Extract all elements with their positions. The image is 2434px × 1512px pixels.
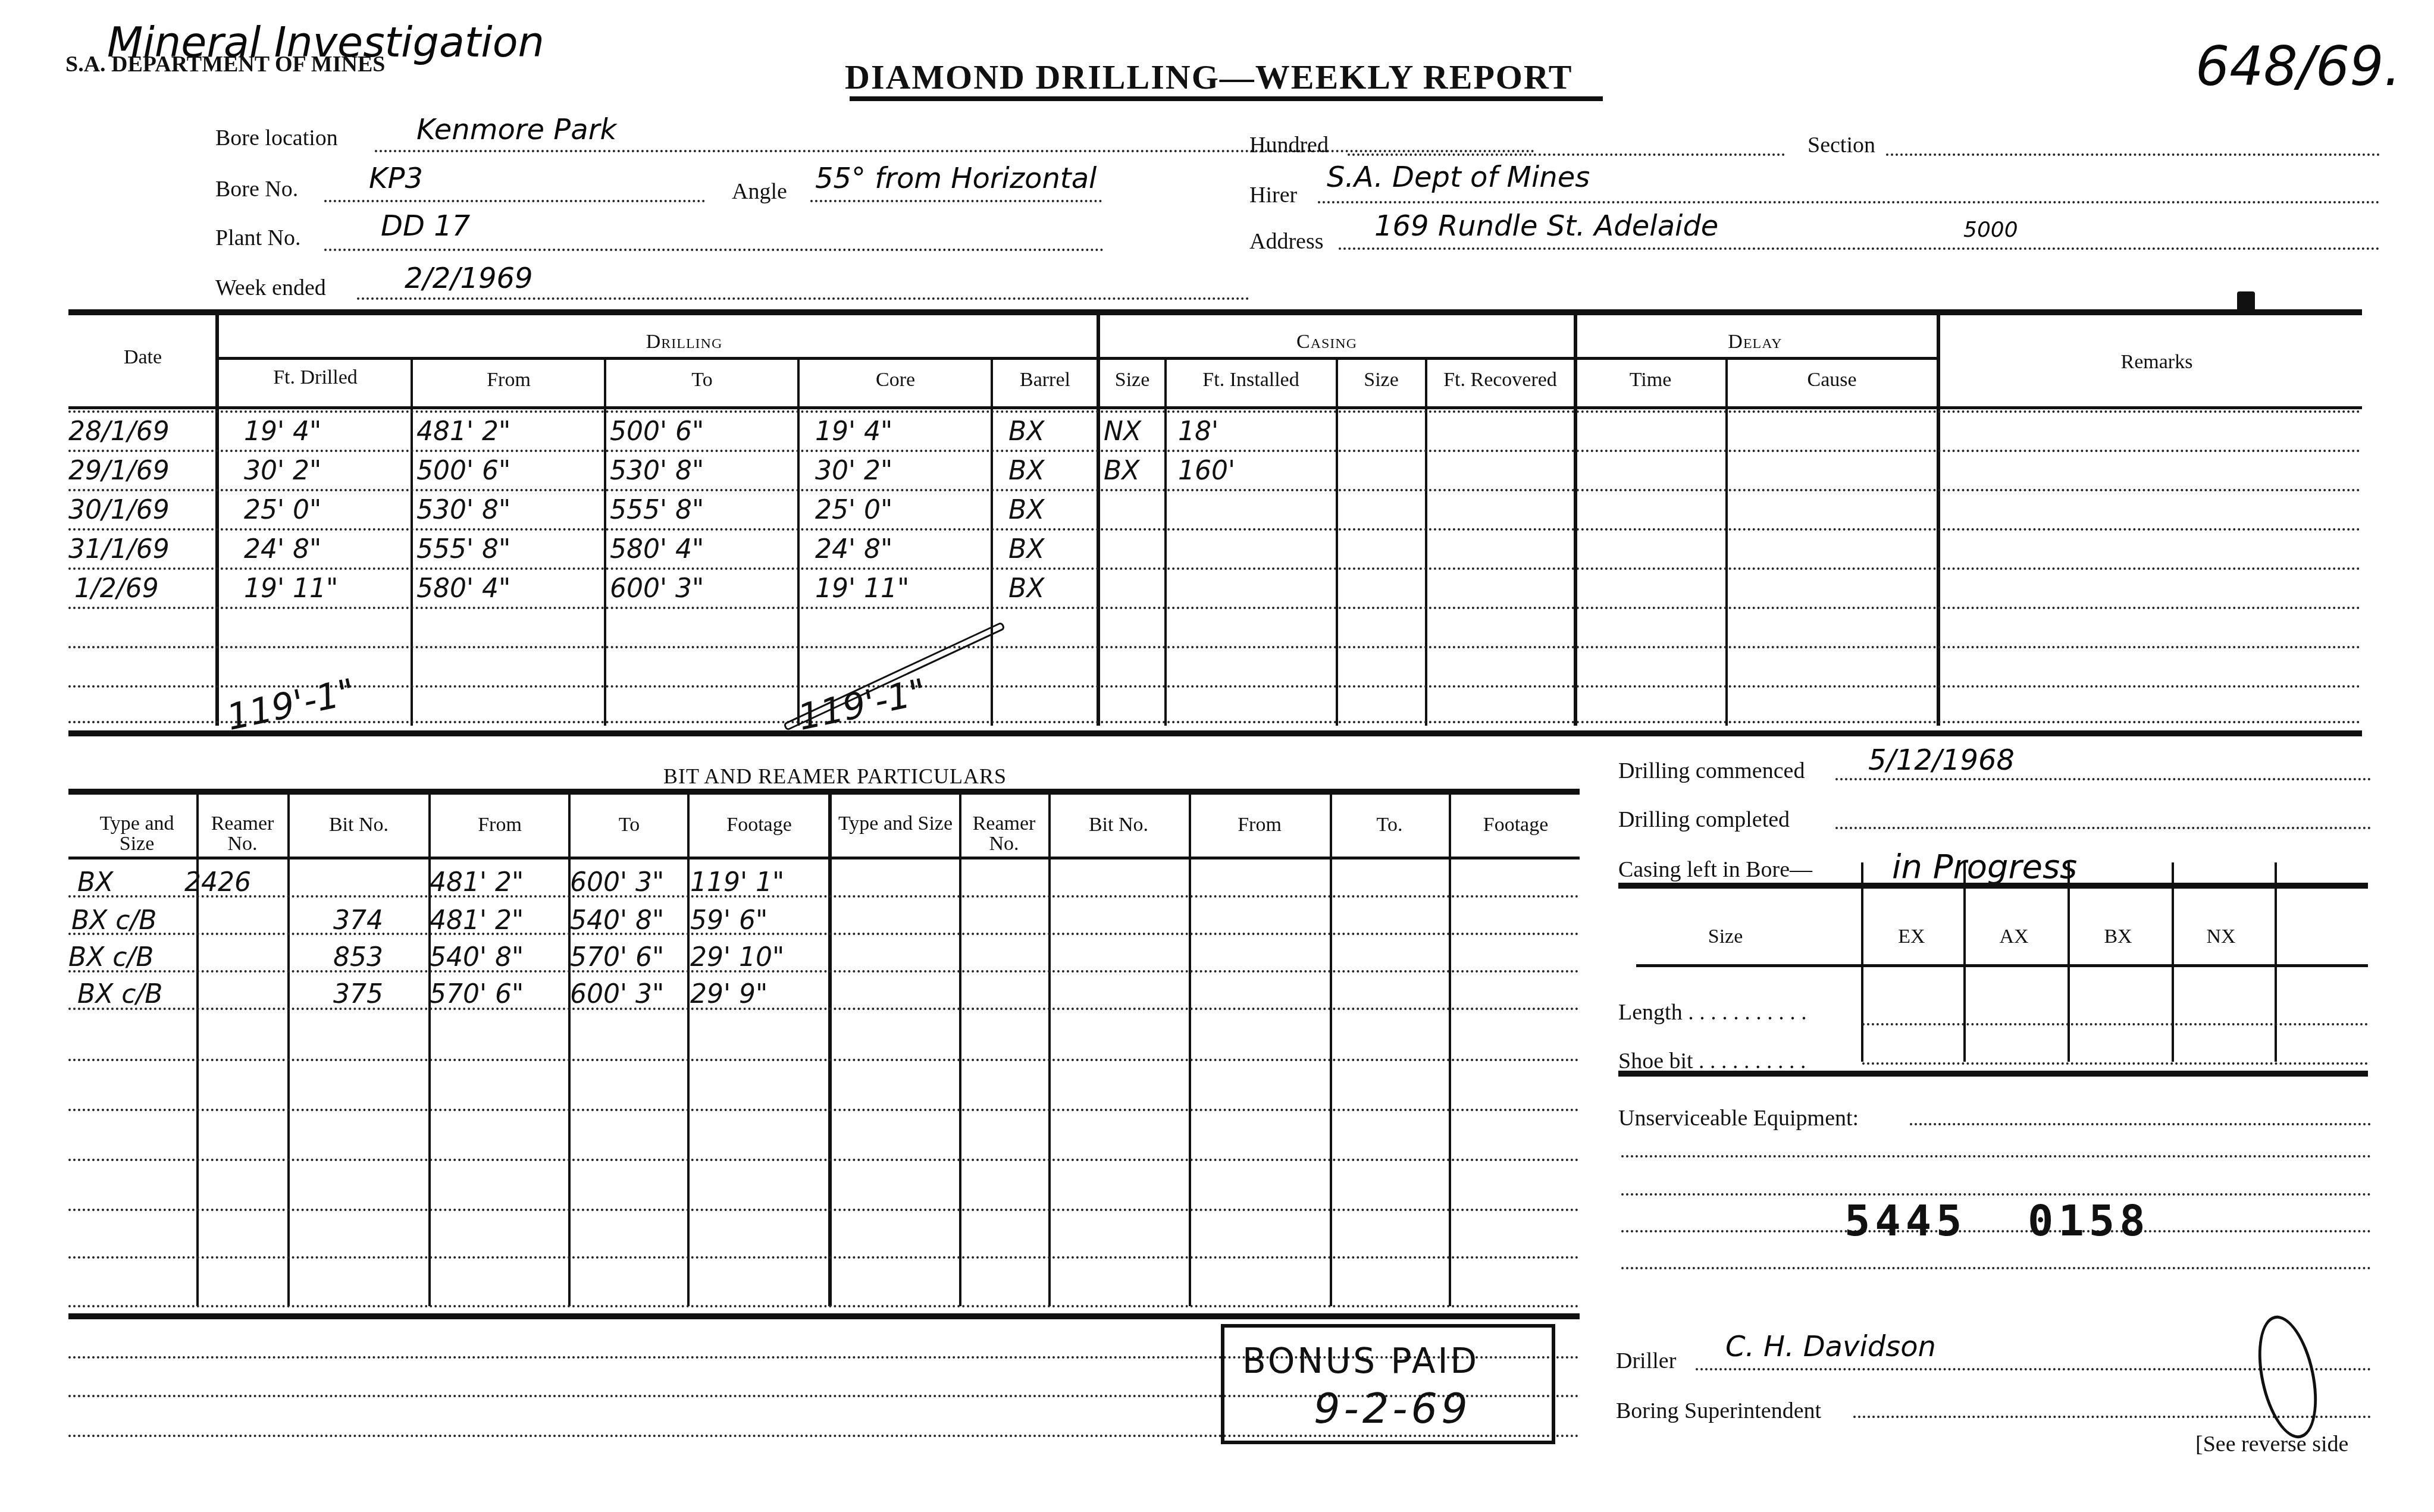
driller-label: Driller: [1616, 1348, 1676, 1374]
length-label: Length . . . . . . . . . . .: [1618, 999, 1807, 1025]
drilling-completed-label: Drilling completed: [1618, 807, 1790, 833]
bit-reamer-top-border: [68, 789, 1580, 795]
to-cell[interactable]: 540' 8": [570, 905, 664, 936]
casing-size-ax: AX: [1963, 926, 2065, 948]
shoe-bit-row[interactable]: [1862, 1062, 2368, 1065]
ft-drilled-header: Ft. Drilled: [220, 366, 411, 389]
bit-no-cell[interactable]: 853: [333, 942, 383, 973]
bit-no-cell[interactable]: 375: [333, 979, 383, 1009]
barrel-cell[interactable]: BX: [1008, 495, 1044, 525]
ft-drilled-total: 119'-1": [223, 671, 359, 739]
drilling-commenced-field[interactable]: 5/12/1968: [1868, 744, 2015, 777]
date-cell[interactable]: 30/1/69: [68, 495, 170, 525]
row-line: [68, 933, 1580, 935]
unserviceable-line[interactable]: [1621, 1267, 2371, 1269]
row-line: [68, 1008, 1580, 1010]
unserviceable-line[interactable]: [1621, 1155, 2371, 1157]
plant-no-label: Plant No.: [215, 225, 301, 251]
bonus-paid-text: BONUS PAID: [1242, 1341, 1479, 1381]
from-cell[interactable]: 530' 8": [416, 495, 510, 525]
barrel-cell[interactable]: BX: [1008, 456, 1044, 486]
casing-size-header: Size: [1618, 926, 1832, 948]
row-line: [68, 450, 2362, 452]
divider: [959, 795, 961, 1306]
ft-installed-cell[interactable]: 160': [1178, 456, 1235, 486]
row-line: [68, 1209, 1580, 1211]
to-cell[interactable]: 555' 8": [610, 495, 704, 525]
unserviceable-equipment-label: Unserviceable Equipment:: [1618, 1105, 1859, 1131]
divider: [2172, 862, 2174, 1062]
casing-size-cell[interactable]: BX: [1104, 456, 1139, 486]
divider: [1963, 862, 1966, 1062]
from-header-2: From: [1191, 814, 1328, 836]
type-size-header-2: Type and Size: [833, 814, 958, 834]
date-cell[interactable]: 29/1/69: [68, 456, 170, 486]
casing-size-bx: BX: [2068, 926, 2169, 948]
type-size-cell[interactable]: BX: [77, 867, 113, 898]
unserviceable-line[interactable]: [1910, 1123, 2371, 1125]
row-line: [68, 489, 2362, 491]
ft-drilled-cell[interactable]: 25' 0": [244, 495, 321, 525]
row-line: [68, 528, 2362, 531]
see-reverse-note: [See reverse side: [2195, 1431, 2348, 1457]
bore-no-field[interactable]: KP3: [369, 162, 423, 195]
row-line: [68, 685, 2362, 688]
stamp-number: 5445 0158: [1844, 1196, 2150, 1246]
divider: [2068, 862, 2070, 1062]
core-cell[interactable]: 30' 2": [815, 456, 892, 486]
bore-no-line: [324, 200, 705, 202]
week-ended-field[interactable]: 2/2/1969: [405, 262, 533, 295]
header-rule: [68, 857, 1580, 859]
casing-table-bottom: [1618, 1071, 2368, 1077]
delay-group-header: Delay: [1666, 331, 1844, 353]
date-cell[interactable]: 1/2/69: [74, 573, 159, 604]
angle-line: [810, 200, 1102, 202]
divider: [1189, 795, 1191, 1306]
bore-location-line: [375, 150, 1535, 152]
to-header-2: To.: [1332, 814, 1448, 836]
file-number: 648/69.: [2195, 36, 2401, 98]
address-line: [1339, 247, 2380, 250]
bit-no-cell[interactable]: 374: [333, 905, 383, 936]
superintendent-signature-icon: [2248, 1310, 2327, 1444]
row-line: [68, 1256, 1580, 1259]
core-header: Core: [800, 369, 991, 391]
plant-no-line: [324, 249, 1104, 251]
drilling-commenced-line: [1835, 778, 2371, 780]
hirer-field[interactable]: S.A. Dept of Mines: [1327, 161, 1590, 194]
from-header: From: [431, 814, 568, 836]
date-cell[interactable]: 31/1/69: [68, 534, 170, 564]
bonus-paid-stamp: BONUS PAID 9-2-69: [1221, 1324, 1555, 1444]
to-cell[interactable]: 600' 3": [570, 979, 664, 1009]
footage-header: Footage: [690, 814, 828, 836]
row-line: [68, 607, 2362, 609]
bit-reamer-title: BIT AND REAMER PARTICULARS: [663, 764, 1007, 789]
header-rule: [68, 406, 2362, 409]
to-cell[interactable]: 600' 3": [610, 573, 704, 604]
casing-size-cell[interactable]: NX: [1104, 416, 1141, 447]
divider: [2275, 862, 2277, 1062]
type-size-header: Type and Size: [83, 814, 190, 854]
bore-no-label: Bore No.: [215, 176, 298, 202]
core-cell[interactable]: 24' 8": [815, 534, 892, 564]
row-line: [68, 895, 1580, 898]
from-cell[interactable]: 570' 6": [430, 979, 524, 1009]
to-header: To: [571, 814, 687, 836]
hirer-label: Hirer: [1249, 182, 1297, 208]
department-name: S.A. DEPARTMENT OF MINES: [65, 51, 385, 77]
drilling-completed-line[interactable]: [1835, 827, 2371, 829]
footage-cell[interactable]: 59' 6": [690, 905, 768, 936]
barrel-cell[interactable]: BX: [1008, 416, 1044, 447]
divider: [1330, 795, 1332, 1306]
barrel-cell[interactable]: BX: [1008, 573, 1044, 604]
bonus-paid-date: 9-2-69: [1314, 1384, 1471, 1433]
drilling-group-header: Drilling: [595, 331, 773, 353]
remarks-header: Remarks: [2023, 351, 2291, 374]
drilling-table-top-border: [68, 309, 2362, 315]
casing-size-nx: NX: [2170, 926, 2272, 948]
row-line: [68, 1159, 1580, 1161]
divider: [1937, 315, 1940, 726]
ft-drilled-cell[interactable]: 19' 4": [244, 416, 321, 447]
section-line[interactable]: [1886, 153, 2380, 156]
bit-no-header: Bit No.: [290, 814, 427, 836]
driller-signature[interactable]: C. H. Davidson: [1725, 1330, 1936, 1363]
footage-cell[interactable]: 29' 10": [690, 942, 784, 973]
ft-drilled-cell[interactable]: 24' 8": [244, 534, 321, 564]
angle-label: Angle: [732, 178, 787, 205]
type-size-cell[interactable]: BX c/B: [77, 979, 163, 1009]
footage-cell[interactable]: 29' 9": [690, 979, 768, 1009]
bit-no-header-2: Bit No.: [1050, 814, 1187, 836]
row-line: [68, 1109, 1580, 1111]
divider: [1449, 795, 1451, 1306]
address-field[interactable]: 169 Rundle St. Adelaide: [1374, 209, 1718, 243]
divider: [1048, 795, 1051, 1306]
casing-size-header: Size: [1099, 369, 1165, 391]
address-postcode: 5000: [1963, 218, 2018, 242]
plant-no-field[interactable]: DD 17: [381, 209, 470, 243]
drilling-commenced-label: Drilling commenced: [1618, 758, 1805, 784]
casing-left-label: Casing left in Bore—: [1618, 857, 1812, 883]
week-ended-line: [357, 297, 1249, 300]
bore-location-field[interactable]: Kenmore Park: [416, 113, 616, 146]
row-line: [68, 970, 1580, 973]
drilling-table-bottom-border: [68, 730, 2362, 736]
address-label: Address: [1249, 228, 1324, 255]
from-cell[interactable]: 481' 2": [430, 867, 524, 898]
to-cell[interactable]: 600' 3": [570, 867, 664, 898]
rule: [217, 357, 1097, 360]
date-cell[interactable]: 28/1/69: [68, 416, 170, 447]
boring-superintendent-label: Boring Superintendent: [1616, 1398, 1821, 1424]
type-size-cell[interactable]: BX c/B: [68, 942, 154, 973]
footage-cell[interactable]: 119' 1": [690, 867, 784, 898]
from-cell[interactable]: 500' 6": [416, 456, 510, 486]
ft-drilled-cell[interactable]: 19' 11": [244, 573, 338, 604]
row-line: [68, 410, 2362, 413]
header-rule: [1636, 964, 2368, 967]
reamer-no-header-2: Reamer No.: [961, 814, 1047, 854]
hundred-line[interactable]: [1348, 153, 1785, 156]
angle-field[interactable]: 55° from Horizontal: [815, 162, 1097, 195]
core-cell[interactable]: 25' 0": [815, 495, 892, 525]
type-size-cell[interactable]: BX c/B: [71, 905, 157, 936]
to-cell[interactable]: 530' 8": [610, 456, 704, 486]
cause-header: Cause: [1727, 369, 1937, 391]
time-header: Time: [1575, 369, 1725, 391]
hirer-line: [1318, 201, 2380, 203]
ft-drilled-cell[interactable]: 30' 2": [244, 456, 321, 486]
row-line: [68, 721, 2362, 723]
from-cell[interactable]: 540' 8": [430, 942, 524, 973]
to-header: To: [607, 369, 797, 391]
footage-header-2: Footage: [1452, 814, 1580, 836]
from-cell[interactable]: 481' 2": [430, 905, 524, 936]
row-line: [68, 1059, 1580, 1061]
page-title: DIAMOND DRILLING—WEEKLY REPORT: [845, 57, 1572, 97]
ft-recovered-header: Ft. Recovered: [1427, 369, 1574, 391]
row-line: [68, 567, 2362, 570]
ft-installed-header: Ft. Installed: [1166, 369, 1336, 391]
title-underline: [850, 96, 1603, 101]
from-header: From: [414, 369, 604, 391]
ft-installed-cell[interactable]: 18': [1178, 416, 1218, 447]
divider: [287, 795, 290, 1306]
divider: [215, 315, 219, 726]
section-label: Section: [1808, 132, 1875, 158]
hundred-label: Hundred: [1249, 132, 1329, 158]
reamer-no-cell[interactable]: 2426: [184, 867, 251, 898]
from-cell[interactable]: 481' 2": [416, 416, 510, 447]
row-line: [68, 646, 2362, 648]
barrel-header: Barrel: [994, 369, 1097, 391]
from-cell[interactable]: 555' 8": [416, 534, 510, 564]
rule: [1575, 357, 1937, 360]
divider: [687, 795, 690, 1306]
date-header: Date: [83, 346, 202, 369]
core-total: 119'-1": [794, 671, 930, 739]
to-cell[interactable]: 580' 4": [610, 534, 704, 564]
recovered-size-header: Size: [1337, 369, 1425, 391]
casing-table-top: [1618, 883, 2368, 889]
from-cell[interactable]: 580' 4": [416, 573, 510, 604]
casing-left-field[interactable]: in Progress: [1892, 848, 2077, 886]
core-cell[interactable]: 19' 4": [815, 416, 892, 447]
corner-mark-icon: [2237, 291, 2255, 315]
rule: [1098, 357, 1574, 360]
barrel-cell[interactable]: BX: [1008, 534, 1044, 564]
row-line: [68, 1305, 1580, 1307]
length-row[interactable]: [1862, 1023, 2368, 1025]
week-ended-label: Week ended: [215, 275, 326, 301]
to-cell[interactable]: 570' 6": [570, 942, 664, 973]
divider: [1861, 862, 1863, 1062]
divider: [828, 795, 832, 1306]
casing-group-header: Casing: [1238, 331, 1416, 353]
casing-size-ex: EX: [1861, 926, 1962, 948]
bore-location-label: Bore location: [215, 125, 338, 151]
core-cell[interactable]: 19' 11": [815, 573, 909, 604]
to-cell[interactable]: 500' 6": [610, 416, 704, 447]
reamer-no-header: Reamer No.: [199, 814, 286, 854]
bit-reamer-bottom-border: [68, 1313, 1580, 1319]
